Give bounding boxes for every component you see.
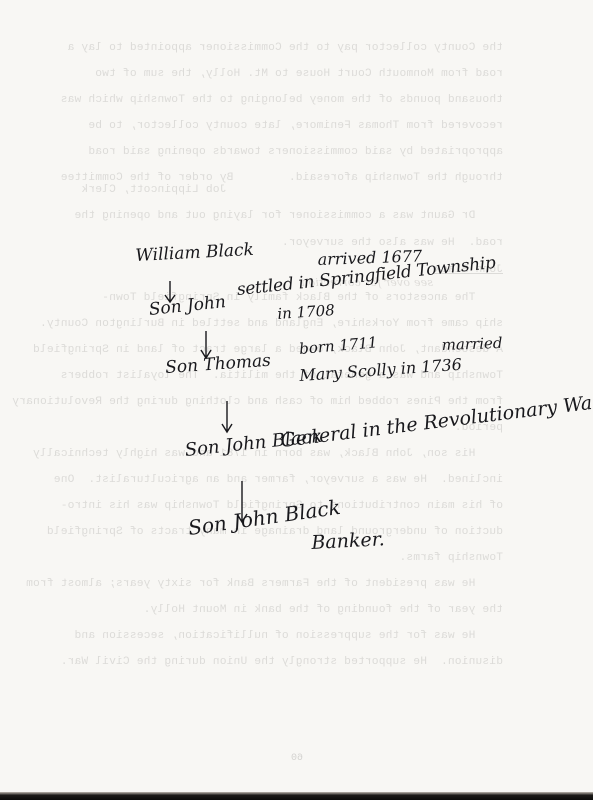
ghost-line: recovered from Thomas Fenimore, late cou… [88, 120, 503, 132]
ghost-line: inclined. He was a surveyor, farmer and … [54, 474, 503, 486]
handwritten-name: Son Thomas [165, 351, 272, 378]
ghost-line: the County collector pay to the Commissi… [67, 42, 503, 54]
ghost-line: ship came from Yorkshire, England and se… [40, 318, 503, 330]
handwritten-note: born 1711 [298, 333, 378, 358]
handwritten-note: in 1708 [277, 301, 336, 323]
ghost-line: Township farms. [399, 552, 503, 564]
page-bottom-edge [0, 792, 593, 800]
ghost-line: the year of the founding of the bank in … [143, 604, 503, 616]
ghost-line: disunion. He supported strongly the Unio… [61, 656, 503, 668]
ghost-line: appropriated by said commissioners towar… [88, 146, 503, 158]
ghost-line: from the Pines robbed him of cash and cl… [12, 396, 503, 408]
handwritten-name: William Black [135, 240, 254, 266]
ghost-line: road from Monmouth Court House to Mt. Ho… [95, 68, 503, 80]
down-arrow-icon [221, 400, 233, 434]
handwritten-note: Mary Scolly in 1736 [299, 355, 463, 385]
document-page: the County collector pay to the Commissi… [0, 0, 593, 792]
ghost-line: He was president of the Farmers Bank for… [26, 578, 503, 590]
ghost-line: Dr Gaunt was a commissioner for laying o… [74, 210, 503, 222]
ghost-line: Job Lippincott, Clerk [81, 184, 503, 196]
page-number: 60 [291, 753, 303, 764]
ghost-line: He was for the suppression of nullificat… [74, 630, 503, 642]
handwritten-note: Banker. [311, 528, 385, 554]
bleed-through-text: the County collector pay to the Commissi… [0, 0, 593, 792]
handwritten-name: Son John [148, 292, 227, 320]
ghost-line: thousand pounds of the money belonging t… [61, 94, 503, 106]
handwritten-note: married [441, 334, 502, 354]
ghost-line: through the Township aforesaid. By order… [61, 172, 503, 184]
handwritten-note: General in the Revolutionary War [279, 391, 593, 452]
